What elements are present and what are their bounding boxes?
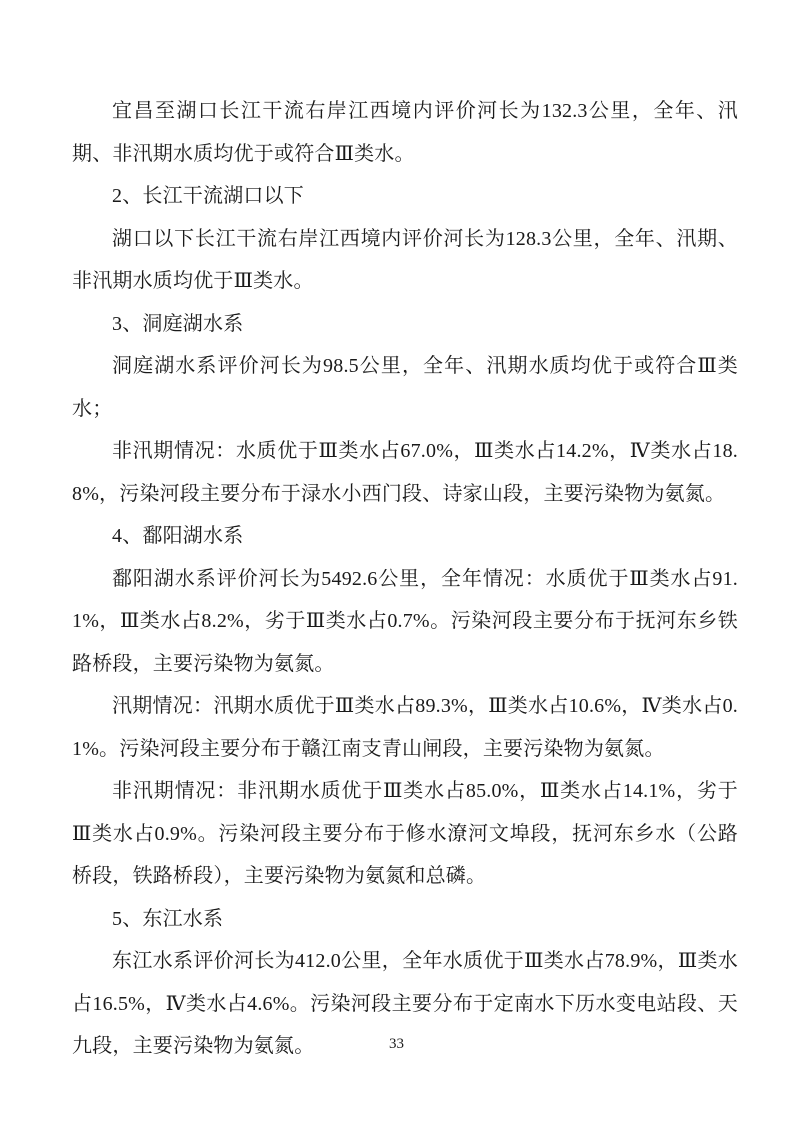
- section-heading: 2、长江干流湖口以下: [72, 175, 738, 218]
- page: 宜昌至湖口长江干流右岸江西境内评价河长为132.3公里，全年、汛期、非汛期水质均…: [0, 0, 793, 1122]
- body-paragraph: 非汛期情况：水质优于Ⅲ类水占67.0%，Ⅲ类水占14.2%，Ⅳ类水占18.8%，…: [72, 430, 738, 515]
- body-paragraph: 宜昌至湖口长江干流右岸江西境内评价河长为132.3公里，全年、汛期、非汛期水质均…: [72, 90, 738, 175]
- section-heading: 5、东江水系: [72, 898, 738, 941]
- page-number: 33: [0, 1034, 793, 1054]
- document-body: 宜昌至湖口长江干流右岸江西境内评价河长为132.3公里，全年、汛期、非汛期水质均…: [72, 90, 738, 1068]
- body-paragraph: 汛期情况：汛期水质优于Ⅲ类水占89.3%，Ⅲ类水占10.6%，Ⅳ类水占0.1%。…: [72, 685, 738, 770]
- body-paragraph: 非汛期情况：非汛期水质优于Ⅲ类水占85.0%，Ⅲ类水占14.1%，劣于Ⅲ类水占0…: [72, 770, 738, 898]
- body-paragraph: 鄱阳湖水系评价河长为5492.6公里，全年情况：水质优于Ⅲ类水占91.1%，Ⅲ类…: [72, 558, 738, 686]
- section-heading: 4、鄱阳湖水系: [72, 515, 738, 558]
- body-paragraph: 洞庭湖水系评价河长为98.5公里，全年、汛期水质均优于或符合Ⅲ类水；: [72, 345, 738, 430]
- section-heading: 3、洞庭湖水系: [72, 303, 738, 346]
- body-paragraph: 湖口以下长江干流右岸江西境内评价河长为128.3公里，全年、汛期、非汛期水质均优…: [72, 218, 738, 303]
